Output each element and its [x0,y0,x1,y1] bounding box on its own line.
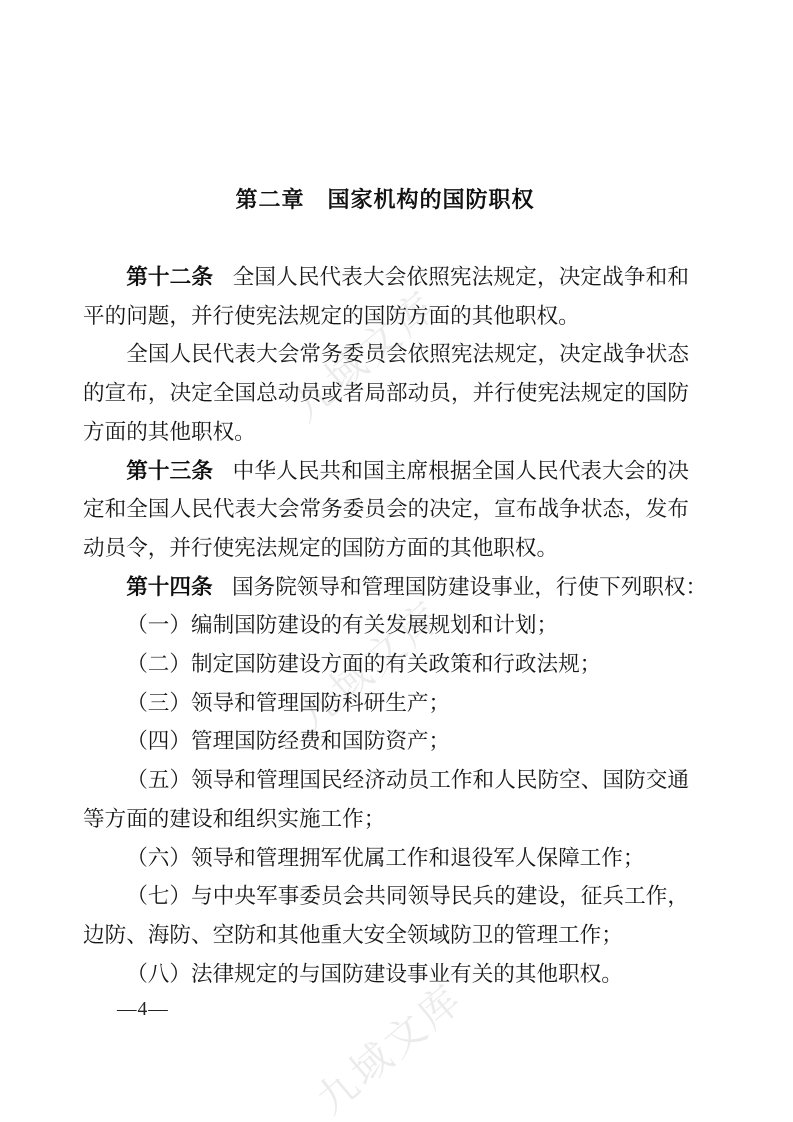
paragraph-npc-standing-committee: 全国人民代表大会常务委员会依照宪法规定，决定战争状态的宣布，决定全国总动员或者局… [83,335,689,451]
paragraph-article-13: 第十三条中华人民共和国主席根据全国人民代表大会的决定和全国人民代表大会常务委员会… [83,452,689,568]
list-item-2: （二）制定国防建设方面的有关政策和行政法规； [83,645,689,684]
article-number-label: 第十四条 [126,574,212,599]
paragraph-text: （二）制定国防建设方面的有关政策和行政法规； [126,652,601,676]
list-item-7: （七）与中央军事委员会共同领导民兵的建设，征兵工作，边防、海防、空防和其他重大安… [83,877,689,954]
document-page: 九域文库 九域文库 九域文库 第二章 国家机构的国防职权 第十二条全国人民代表大… [0,0,793,1122]
paragraph-article-12: 第十二条全国人民代表大会依照宪法规定，决定战争和和平的问题，并行使宪法规定的国防… [83,258,689,335]
list-item-1: （一）编制国防建设的有关发展规划和计划； [83,606,689,645]
paragraph-text: （六）领导和管理拥军优属工作和退役军人保障工作； [126,846,644,870]
paragraph-text: （三）领导和管理国防科研生产； [126,691,450,715]
list-item-6: （六）领导和管理拥军优属工作和退役军人保障工作； [83,839,689,878]
article-number-label: 第十三条 [126,458,213,483]
list-item-3: （三）领导和管理国防科研生产； [83,684,689,723]
document-body: 第十二条全国人民代表大会依照宪法规定，决定战争和和平的问题，并行使宪法规定的国防… [83,258,689,993]
paragraph-text: （八）法律规定的与国防建设事业有关的其他职权。 [126,962,623,986]
article-number-label: 第十二条 [126,264,213,289]
paragraph-text: （一）编制国防建设的有关发展规划和计划； [126,613,558,637]
list-item-8: （八）法律规定的与国防建设事业有关的其他职权。 [83,955,689,994]
list-item-4: （四）管理国防经费和国防资产； [83,722,689,761]
chapter-title: 第二章 国家机构的国防职权 [0,183,770,214]
page-number: —4— [117,999,169,1021]
paragraph-text: （四）管理国防经费和国防资产； [126,729,450,753]
list-item-5: （五）领导和管理国民经济动员工作和人民防空、国防交通等方面的建设和组织实施工作； [83,761,689,838]
paragraph-text: （七）与中央军事委员会共同领导民兵的建设，征兵工作，边防、海防、空防和其他重大安… [83,884,689,947]
paragraph-text: 全国人民代表大会常务委员会依照宪法规定，决定战争状态的宣布，决定全国总动员或者局… [83,342,689,443]
paragraph-text: （五）领导和管理国民经济动员工作和人民防空、国防交通等方面的建设和组织实施工作； [83,768,689,831]
paragraph-article-14: 第十四条国务院领导和管理国防建设事业，行使下列职权： [83,568,689,607]
paragraph-text: 国务院领导和管理国防建设事业，行使下列职权： [232,575,707,599]
